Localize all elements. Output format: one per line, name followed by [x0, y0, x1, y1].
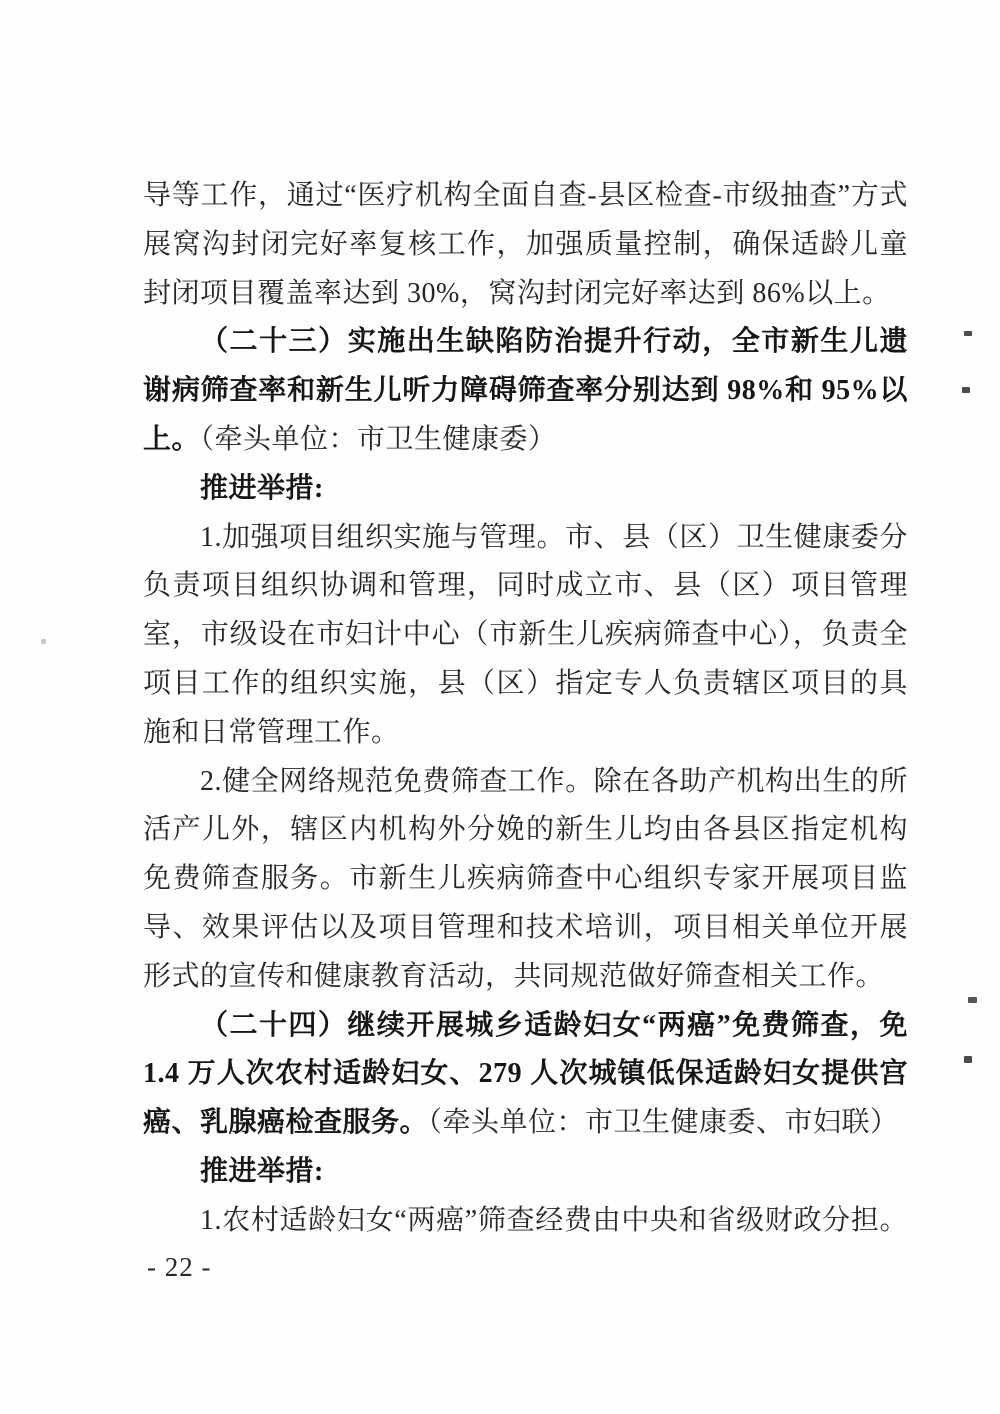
body-text: 项目工作的组织实施，县（区）指定专人负责辖区项目的具体实: [143, 668, 908, 709]
scan-speck: [968, 997, 977, 1003]
body-text: 施和日常管理工作。: [143, 717, 400, 748]
text-line: 2.健全网络规范免费筛查工作。除在各助产机构出生的所有: [143, 758, 908, 807]
body-text: 2.健全网络规范免费筛查工作。除在各助产机构出生的所有: [200, 766, 908, 807]
body-text: （牵头单位：市卫生健康委、市妇联）: [428, 1107, 899, 1138]
body-text: 免费筛查服务。市新生儿疾病筛查中心组织专家开展项目监督指: [143, 863, 908, 904]
text-line: 负责项目组织协调和管理，同时成立市、县（区）项目管理办公: [143, 562, 908, 611]
body-text: 导、效果评估以及项目管理和技术培训，项目相关单位开展多种: [143, 912, 908, 953]
scan-speck: [962, 387, 970, 393]
bold-text: （二十四）继续开展城乡适龄妇女“两癌”免费筛查，免费为: [200, 1010, 908, 1051]
scan-speck: [964, 1056, 972, 1063]
text-line: 导、效果评估以及项目管理和技术培训，项目相关单位开展多种: [143, 904, 908, 953]
body-text: 导等工作，通过“医疗机构全面自查-县区检查-市级抽查”方式开: [143, 180, 908, 221]
body-text: 封闭项目覆盖率达到 30%，窝沟封闭完好率达到 86%以上。: [143, 278, 891, 309]
text-line: 1.加强项目组织实施与管理。市、县（区）卫生健康委分级: [143, 514, 908, 563]
text-line: 形式的宣传和健康教育活动，共同规范做好筛查相关工作。: [143, 953, 908, 1002]
body-text: （牵头单位：市卫生健康委）: [200, 424, 557, 455]
text-line: 免费筛查服务。市新生儿疾病筛查中心组织专家开展项目监督指: [143, 855, 908, 904]
paragraph: 推进举措:: [143, 465, 908, 514]
paragraph: 推进举措:: [143, 1148, 908, 1197]
paragraph: 2.健全网络规范免费筛查工作。除在各助产机构出生的所有活产儿外，辖区内机构外分娩…: [143, 758, 908, 1002]
paragraph: 1.农村适龄妇女“两癌”筛查经费由中央和省级财政分担。城: [143, 1197, 908, 1246]
text-line: 项目工作的组织实施，县（区）指定专人负责辖区项目的具体实: [143, 660, 908, 709]
paragraph: 1.加强项目组织实施与管理。市、县（区）卫生健康委分级负责项目组织协调和管理，同…: [143, 514, 908, 758]
text-line: 推进举措:: [143, 465, 908, 514]
body-text: 活产儿外，辖区内机构外分娩的新生儿均由各县区指定机构提供: [143, 814, 908, 855]
text-line: （二十四）继续开展城乡适龄妇女“两癌”免费筛查，免费为: [143, 1002, 908, 1051]
document-body: 导等工作，通过“医疗机构全面自查-县区检查-市级抽查”方式开展窝沟封闭完好率复核…: [143, 172, 908, 1246]
bold-text: 谢病筛查率和新生儿听力障碍筛查率分别达到 98%和 95%以: [143, 375, 908, 406]
paragraph: （二十四）继续开展城乡适龄妇女“两癌”免费筛查，免费为1.4 万人次农村适龄妇女…: [143, 1002, 908, 1148]
bold-text: 1.4 万人次农村适龄妇女、279 人次城镇低保适龄妇女提供宫颈: [143, 1058, 908, 1099]
body-text: 展窝沟封闭完好率复核工作，加强质量控制，确保适龄儿童窝沟: [143, 229, 908, 270]
text-line: （二十三）实施出生缺陷防治提升行动，全市新生儿遗传代: [143, 318, 908, 367]
text-line: 推进举措:: [143, 1148, 908, 1197]
bold-text: 推进举措:: [200, 1156, 324, 1187]
body-text: 室，市级设在市妇计中心（市新生儿疾病筛查中心），负责全市: [143, 619, 908, 660]
bold-text: 癌、乳腺癌检查服务。: [143, 1107, 428, 1138]
text-line: 谢病筛查率和新生儿听力障碍筛查率分别达到 98%和 95%以: [143, 367, 908, 416]
page-number: - 22 -: [147, 1252, 211, 1283]
bold-text: （二十三）实施出生缺陷防治提升行动，全市新生儿遗传代: [200, 326, 908, 367]
text-line: 施和日常管理工作。: [143, 709, 908, 758]
body-text: 1.加强项目组织实施与管理。市、县（区）卫生健康委分级: [200, 522, 908, 563]
text-line: 封闭项目覆盖率达到 30%，窝沟封闭完好率达到 86%以上。: [143, 270, 908, 319]
text-line: 1.农村适龄妇女“两癌”筛查经费由中央和省级财政分担。城: [143, 1197, 908, 1246]
text-line: 活产儿外，辖区内机构外分娩的新生儿均由各县区指定机构提供: [143, 806, 908, 855]
bold-text: 上。: [143, 424, 200, 455]
bold-text: 推进举措:: [200, 473, 324, 504]
text-line: 导等工作，通过“医疗机构全面自查-县区检查-市级抽查”方式开: [143, 172, 908, 221]
paragraph: （二十三）实施出生缺陷防治提升行动，全市新生儿遗传代谢病筛查率和新生儿听力障碍筛…: [143, 318, 908, 464]
body-text: 1.农村适龄妇女“两癌”筛查经费由中央和省级财政分担。城: [200, 1205, 908, 1246]
text-line: 室，市级设在市妇计中心（市新生儿疾病筛查中心），负责全市: [143, 611, 908, 660]
scan-speck: [964, 331, 972, 336]
scan-speck: [41, 639, 46, 644]
text-line: 癌、乳腺癌检查服务。（牵头单位：市卫生健康委、市妇联）: [143, 1099, 908, 1148]
body-text: 负责项目组织协调和管理，同时成立市、县（区）项目管理办公: [143, 570, 908, 611]
text-line: 上。（牵头单位：市卫生健康委）: [143, 416, 908, 465]
body-text: 形式的宣传和健康教育活动，共同规范做好筛查相关工作。: [143, 961, 884, 992]
document-page: 导等工作，通过“医疗机构全面自查-县区检查-市级抽查”方式开展窝沟封闭完好率复核…: [0, 0, 1000, 1414]
text-line: 1.4 万人次农村适龄妇女、279 人次城镇低保适龄妇女提供宫颈: [143, 1050, 908, 1099]
text-line: 展窝沟封闭完好率复核工作，加强质量控制，确保适龄儿童窝沟: [143, 221, 908, 270]
paragraph: 导等工作，通过“医疗机构全面自查-县区检查-市级抽查”方式开展窝沟封闭完好率复核…: [143, 172, 908, 318]
